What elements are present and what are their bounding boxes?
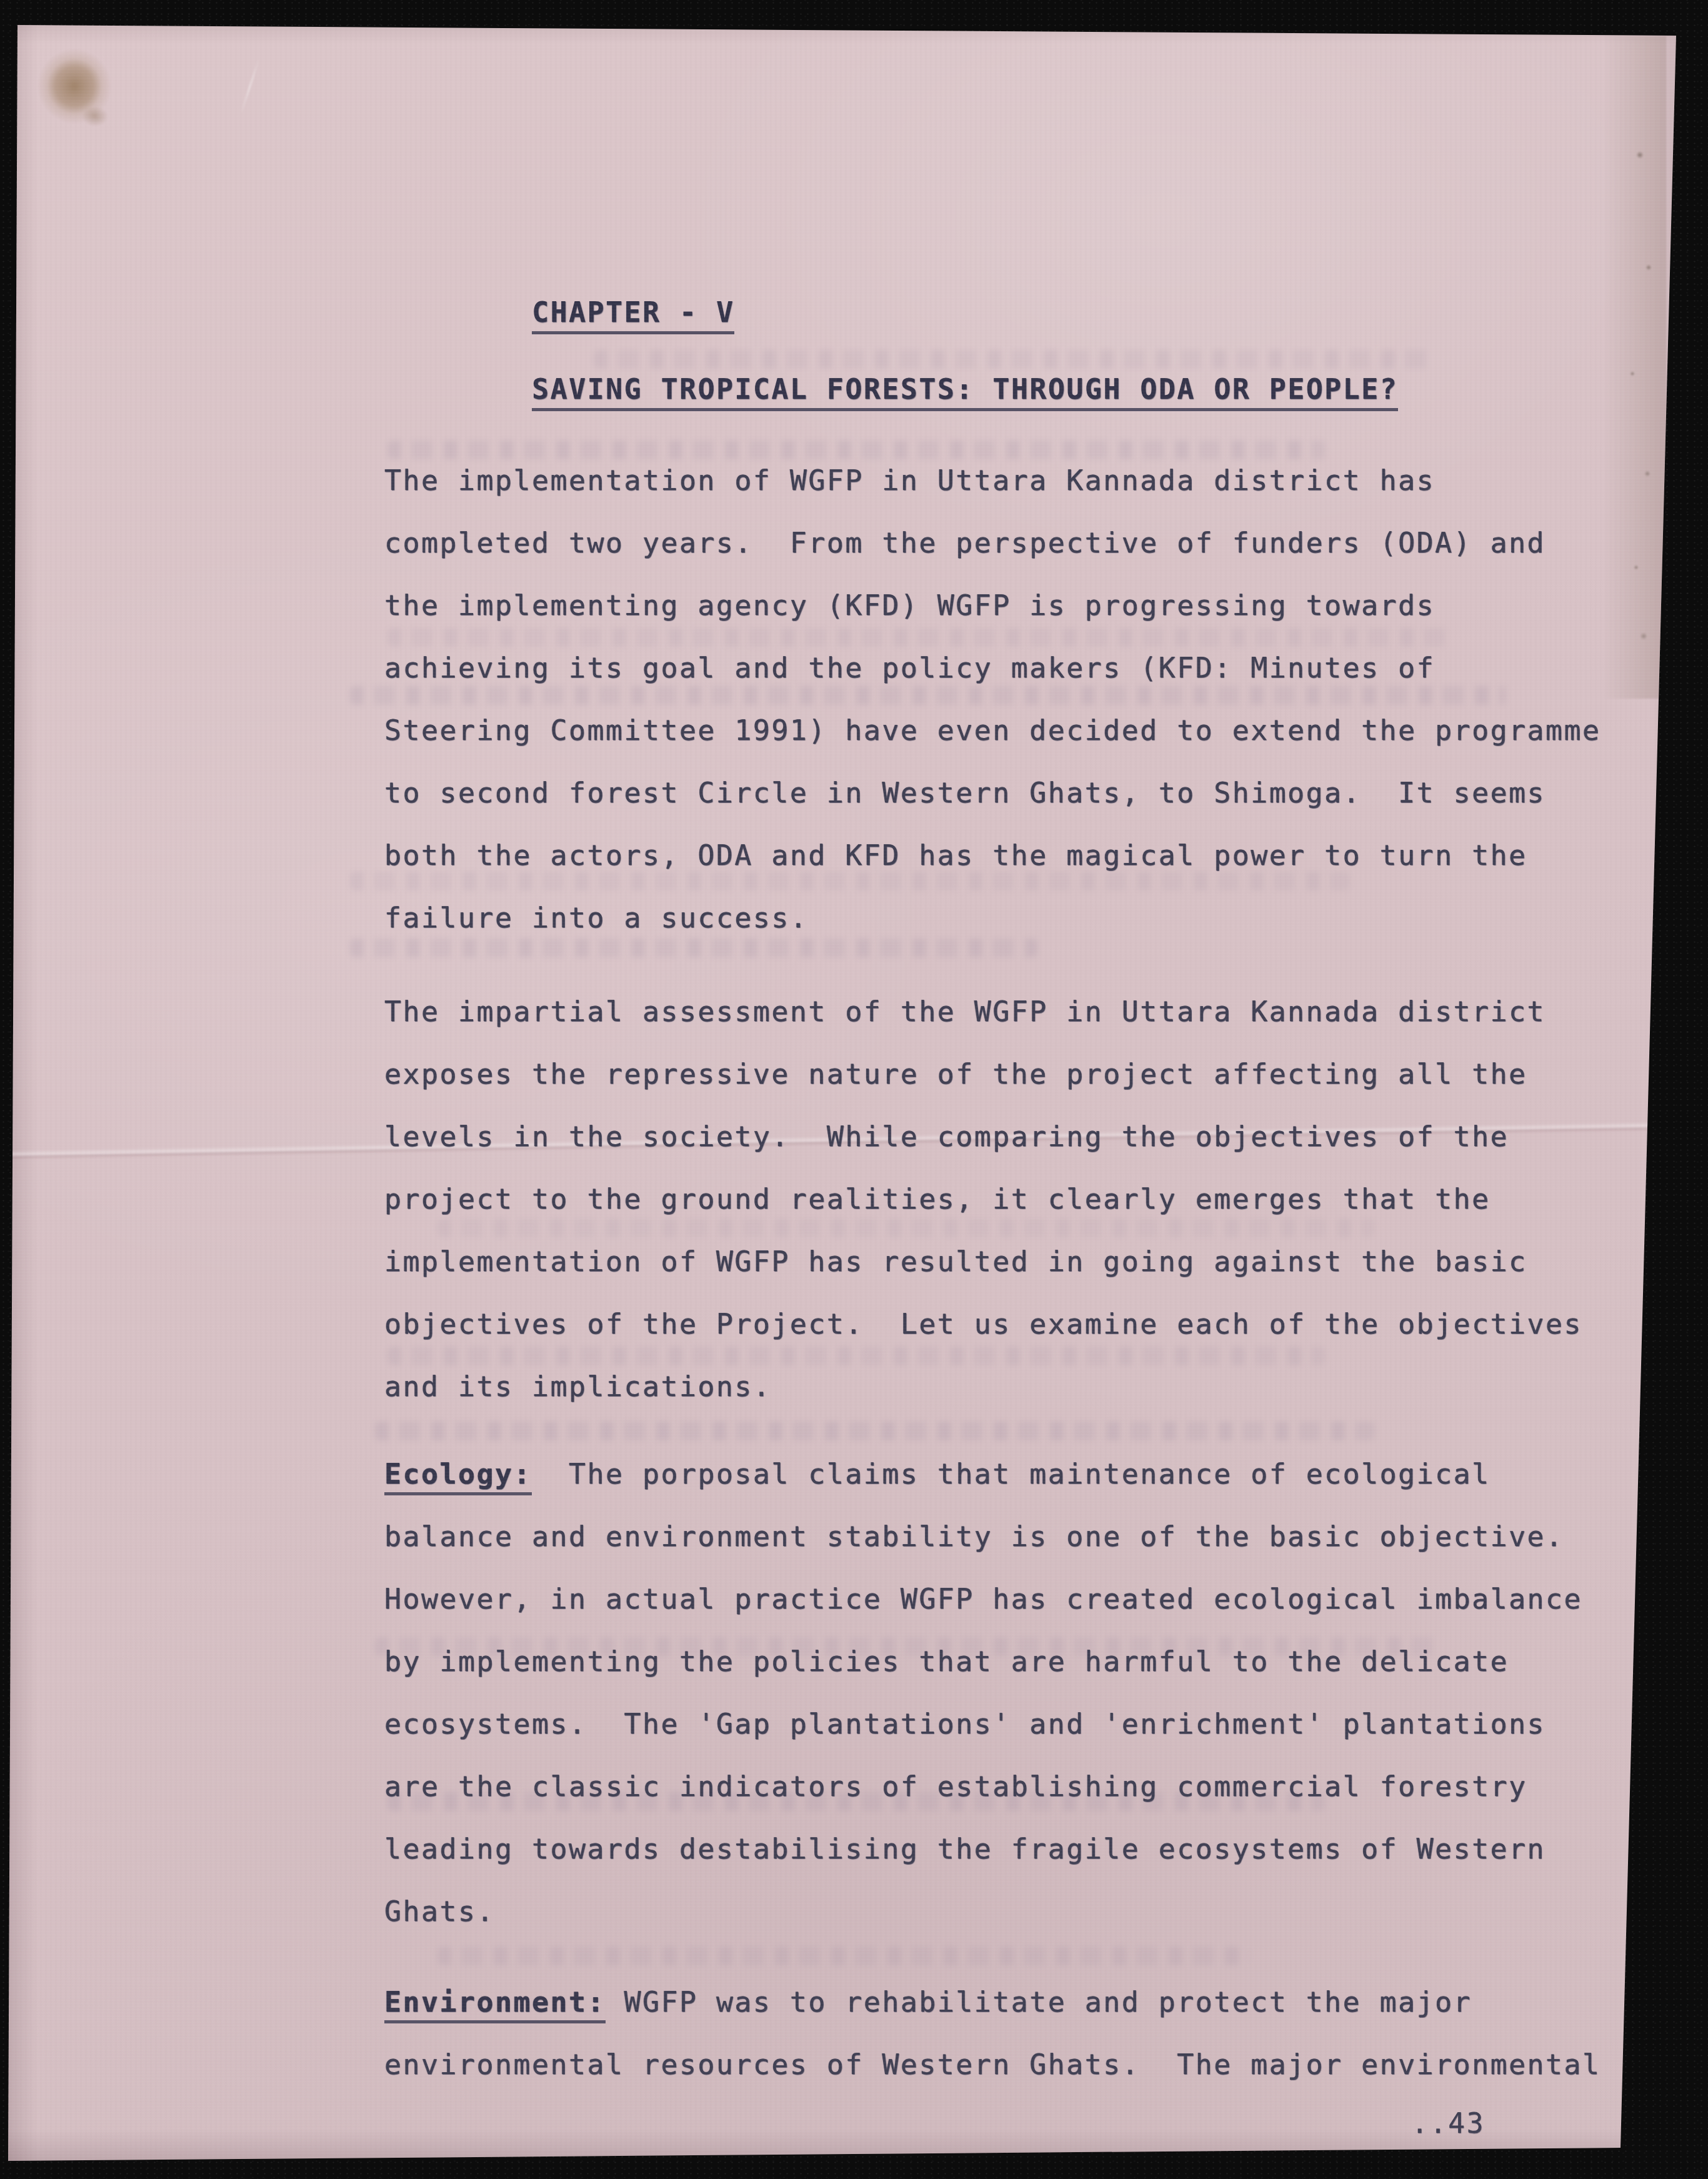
page-number: ..43 [1411, 2092, 1485, 2155]
text-line: project to the ground realities, it clea… [384, 1168, 1582, 1230]
text-line: implementation of WGFP has resulted in g… [384, 1230, 1582, 1293]
paragraph-environment: Environment: WGFP was to rehabilitate an… [384, 1971, 1601, 2096]
text-line: objectives of the Project. Let us examin… [384, 1293, 1582, 1355]
text-line: Ghats. [384, 1880, 1582, 1943]
text-line: However, in actual practice WGFP has cre… [384, 1568, 1582, 1630]
paragraph-2: The impartial assessment of the WGFP in … [384, 980, 1582, 1418]
environment-label: Environment: [384, 1985, 606, 2023]
text-line: both the actors, ODA and KFD has the mag… [384, 824, 1601, 887]
page-title: SAVING TROPICAL FORESTS: THROUGH ODA OR … [384, 339, 1398, 439]
page-title-text: SAVING TROPICAL FORESTS: THROUGH ODA OR … [532, 372, 1398, 411]
text-line: by implementing the policies that are ha… [384, 1630, 1582, 1693]
text-line: to second forest Circle in Western Ghats… [384, 762, 1601, 824]
text-line: failure into a success. [384, 887, 1601, 949]
text-line: Environment: WGFP was to rehabilitate an… [384, 1971, 1601, 2033]
text-line: ecosystems. The 'Gap plantations' and 'e… [384, 1693, 1582, 1755]
text-line: the implementing agency (KFD) WGFP is pr… [384, 574, 1601, 637]
text-line: environmental resources of Western Ghats… [384, 2033, 1601, 2096]
text-line: exposes the repressive nature of the pro… [384, 1043, 1582, 1105]
text-line: Steering Committee 1991) have even decid… [384, 699, 1601, 762]
text-line: The impartial assessment of the WGFP in … [384, 980, 1582, 1043]
text-line-rest: WGFP was to rehabilitate and protect the… [606, 1985, 1472, 2018]
text-line: achieving its goal and the policy makers… [384, 637, 1601, 699]
chapter-heading-text: CHAPTER - V [532, 296, 734, 334]
paragraph-ecology: Ecology: The porposal claims that mainte… [384, 1443, 1582, 1943]
document-page: CHAPTER - V SAVING TROPICAL FORESTS: THR… [0, 0, 1708, 2179]
ecology-label: Ecology: [384, 1457, 532, 1495]
text-line: The implementation of WGFP in Uttara Kan… [384, 449, 1601, 512]
scanned-page-canvas: CHAPTER - V SAVING TROPICAL FORESTS: THR… [0, 0, 1708, 2179]
text-line: are the classic indicators of establishi… [384, 1755, 1582, 1818]
text-line: levels in the society. While comparing t… [384, 1105, 1582, 1168]
text-line: and its implications. [384, 1355, 1582, 1418]
text-line: balance and environment stability is one… [384, 1505, 1582, 1568]
text-line: completed two years. From the perspectiv… [384, 512, 1601, 574]
typewritten-text-layer: CHAPTER - V SAVING TROPICAL FORESTS: THR… [0, 0, 1708, 2179]
paragraph-1: The implementation of WGFP in Uttara Kan… [384, 449, 1601, 949]
text-line: Ecology: The porposal claims that mainte… [384, 1443, 1582, 1505]
text-line-rest: The porposal claims that maintenance of … [532, 1457, 1491, 1490]
text-line: leading towards destabilising the fragil… [384, 1818, 1582, 1880]
